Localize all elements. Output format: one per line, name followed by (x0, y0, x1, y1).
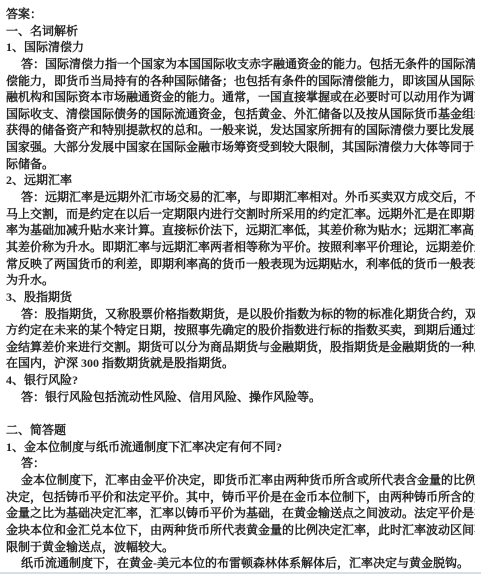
body-text-line: 答：股指期货，又称股票价格指数期货，是以股价指数为标的物的标准化期货合约，双 (6, 306, 475, 323)
section-heading-line: 3、股指期货 (6, 289, 475, 306)
body-text-line: 答：银行风险包括流动性风险、信用风险、操作风险等。 (6, 389, 475, 406)
body-text-line: 金本位制度下，汇率由金平价决定，即货币汇率由两种货币所含或所代表含金量的比例 (6, 472, 475, 489)
body-text-line: 偿能力，即货币当局持有的各种国际储备；也包括有条件的国际清偿能力，即该国从国际金 (6, 73, 475, 90)
body-text-line: 马上交割，而是约定在以后一定期限内进行交割时所采用的约定汇率。远期外汇是在即期汇 (6, 206, 475, 223)
section-heading-line: 1、金本位制度与纸币流通制度下汇率决定有何不同? (6, 439, 475, 456)
body-text-line: 在国内，沪深 300 指数期货就是股指期货。 (6, 355, 475, 372)
section-heading-line: 2、远期汇率 (6, 172, 475, 189)
body-text-line: 其差价称为升水。即期汇率与远期汇率两者相等称为平价。按照利率平价理论，远期差价通 (6, 239, 475, 256)
body-text-line: 获得的储备资产和特别提款权的总和。一般来说，发达国家所拥有的国际清偿力要比发展中 (6, 122, 475, 139)
body-text-line: 方约定在未来的某个特定日期，按照事先确定的股价指数进行标的指数买卖，到期后通过现 (6, 322, 475, 339)
section-heading-line: 1、国际清偿力 (6, 39, 475, 56)
body-text-line: 国际收支、清偿国际债务的国际流通资金，包括黄金、外汇储备以及按从国际货币基金组织 (6, 106, 475, 123)
section-heading-line: 二、简答题 (6, 422, 475, 439)
body-text-line: 际储备。 (6, 156, 475, 173)
blank-line (6, 405, 475, 422)
section-heading-line: 4、银行风险? (6, 372, 475, 389)
body-text-line: 金结算差价来进行交割。期货可以分为商品期货与金融期货，股指期货是金融期货的一种。 (6, 339, 475, 356)
body-text-line: 纸币流通制度下，在黄金-美元本位的布雷顿森林体系解体后，汇率决定与黄金脱钩。 (6, 555, 475, 572)
answer-sheet-document: 答案：一、名词解析1、国际清偿力答：国际清偿力指一个国家为本国国际收支赤字融通资… (0, 0, 481, 577)
section-heading-line: 答案： (6, 6, 475, 23)
body-text-line: 融机构和国际资本市场融通资金的能力。通常，一国直接掌握或在必要时可以动用作为调节 (6, 89, 475, 106)
body-text-line: 金量之比为基础决定汇率，汇率以铸币平价为基础，在黄金输送点之间波动。法定平价是在 (6, 505, 475, 522)
section-heading-line: 一、名词解析 (6, 23, 475, 40)
body-text-line: 为升水。 (6, 272, 475, 289)
body-text-line: 金块本位和金汇兑本位下，由两种货币所代表黄金量的比例决定汇率，此时汇率波动区间不 (6, 522, 475, 539)
body-text-line: 答： (6, 455, 475, 472)
body-text-line: 答：国际清偿力指一个国家为本国国际收支赤字融通资金的能力。包括无条件的国际清 (6, 56, 475, 73)
body-text-line: 限制于黄金输送点，波幅较大。 (6, 539, 475, 556)
body-text-line: 决定，包括铸币平价和法定平价。其中，铸币平价是在金币本位制下，由两种铸币所含的黄 (6, 489, 475, 506)
body-text-line: 答：远期汇率是远期外汇市场交易的汇率，与即期汇率相对。外币买卖双方成交后，不 (6, 189, 475, 206)
body-text-line: 率为基础加减升贴水来计算。直接标价法下，远期汇率低，其差价称为贴水；远期汇率高， (6, 222, 475, 239)
body-text-line: 国家强。大部分发展中国家在国际金融市场筹资受到较大限制，其国际清偿力大体等同于国 (6, 139, 475, 156)
body-text-line: 常反映了两国货币的利差，即期利率高的货币一般表现为远期贴水，利率低的货币一般表现 (6, 256, 475, 273)
page-bottom-rule (0, 572, 481, 574)
